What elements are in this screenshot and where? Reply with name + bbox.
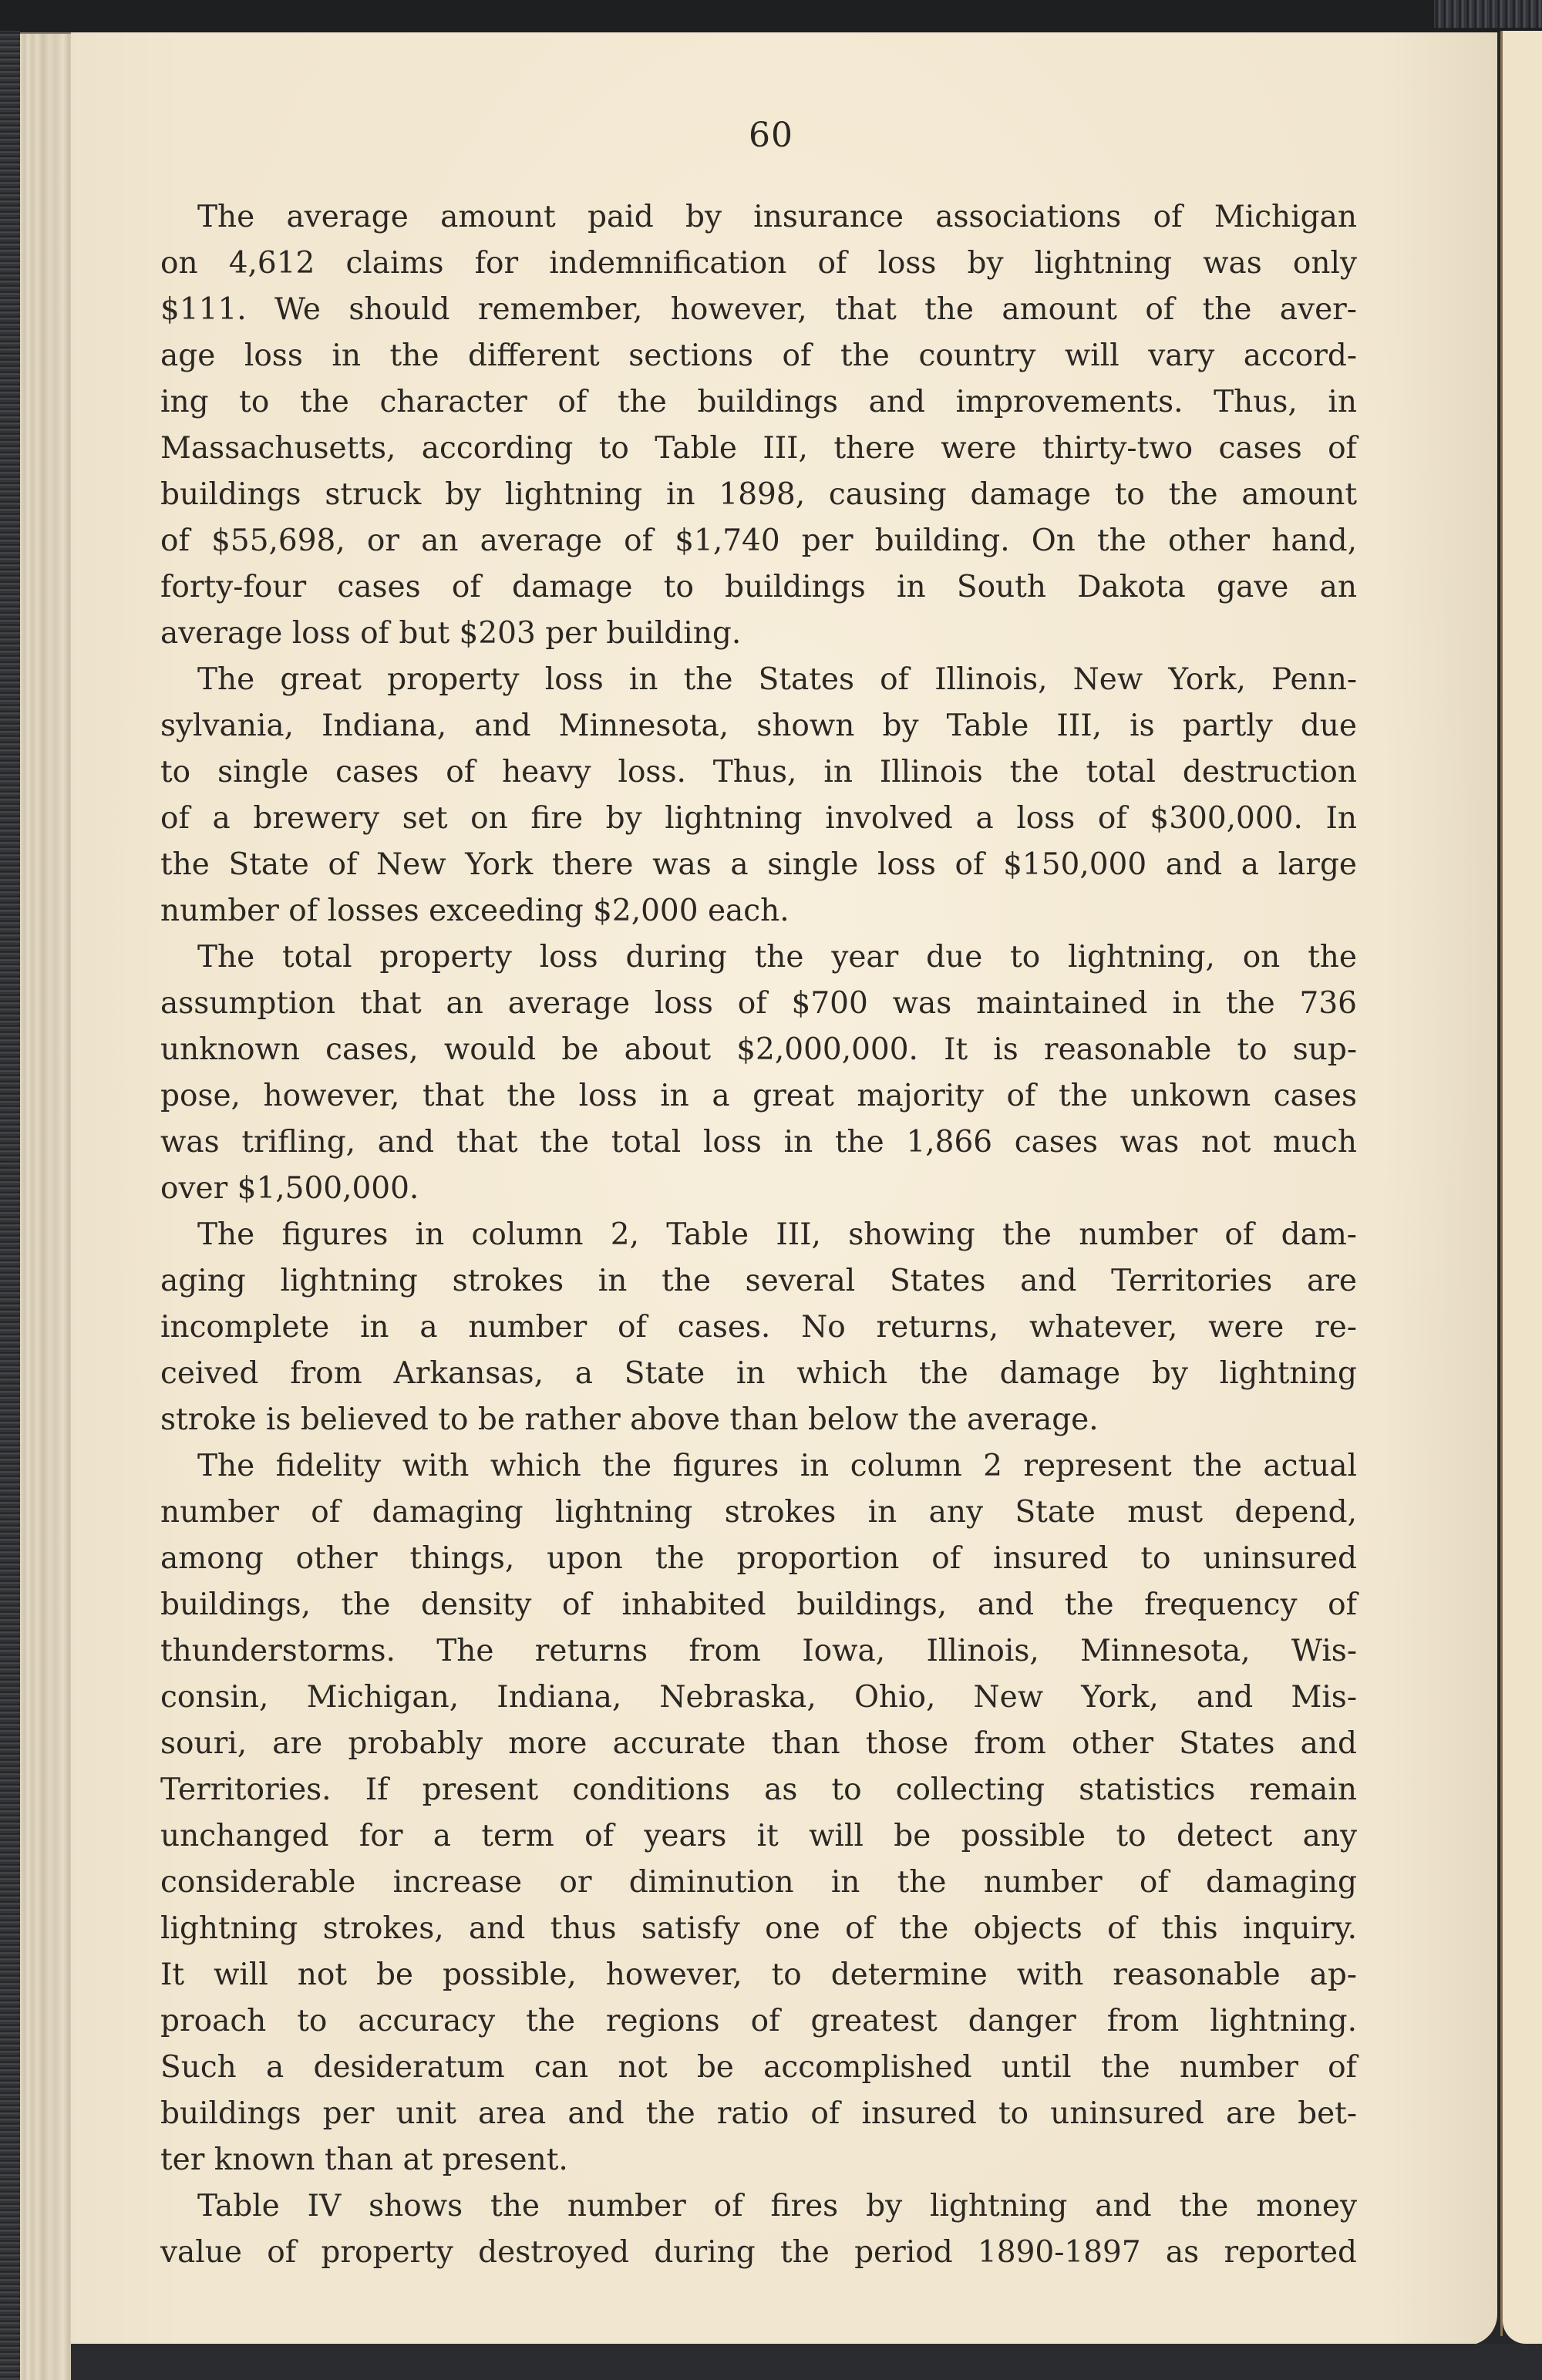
text-line: ing to the character of the buildings an… — [160, 384, 1357, 421]
text-line: value of property destroyed during the p… — [160, 2234, 1357, 2271]
text-line: unchanged for a term of years it will be… — [160, 1818, 1357, 1855]
text-line: Such a desideratum can not be accomplish… — [160, 2049, 1357, 2086]
text-line: ter known than at present. — [160, 2142, 1357, 2179]
text-line: number of damaging lightning strokes in … — [160, 1494, 1357, 1531]
text-line: buildings struck by lightning in 1898, c… — [160, 476, 1357, 513]
text-line: ceived from Arkansas, a State in which t… — [160, 1355, 1357, 1392]
text-line: thunderstorms. The returns from Iowa, Il… — [160, 1633, 1357, 1670]
scanned-book-page: 60 The average amount paid by insurance … — [0, 0, 1542, 2380]
text-line: souri, are probably more accurate than t… — [160, 1725, 1357, 1762]
scan-background-bottom — [71, 2344, 1542, 2380]
text-line: of a brewery set on fire by lightning in… — [160, 800, 1357, 837]
text-line: forty-four cases of damage to buildings … — [160, 569, 1357, 606]
text-line: The total property loss during the year … — [197, 939, 1357, 976]
text-line: The great property loss in the States of… — [197, 661, 1357, 699]
text-line: proach to accuracy the regions of greate… — [160, 2003, 1357, 2040]
text-line: number of losses exceeding $2,000 each. — [160, 893, 1357, 930]
book-cover-edge — [1434, 0, 1542, 28]
text-line: assumption that an average loss of $700 … — [160, 985, 1357, 1022]
text-line: pose, however, that the loss in a great … — [160, 1078, 1357, 1115]
text-line: stroke is believed to be rather above th… — [160, 1402, 1357, 1439]
text-line: $111. We should remember, however, that … — [160, 291, 1357, 328]
text-line: was trifling, and that the total loss in… — [160, 1124, 1357, 1161]
scan-background-top — [0, 0, 1542, 32]
text-line: the State of New York there was a single… — [160, 847, 1357, 884]
text-line: Table IV shows the number of fires by li… — [197, 2188, 1357, 2225]
page-gutter — [1500, 31, 1503, 2336]
text-line: sylvania, Indiana, and Minnesota, shown … — [160, 708, 1357, 745]
text-line: incomplete in a number of cases. No retu… — [160, 1309, 1357, 1346]
text-line: The figures in column 2, Table III, show… — [197, 1217, 1357, 1254]
text-line: unknown cases, would be about $2,000,000… — [160, 1032, 1357, 1069]
text-line: The fidelity with which the figures in c… — [197, 1448, 1357, 1485]
page-stack-edges — [20, 32, 71, 2380]
book-binding — [0, 31, 20, 2380]
text-line: age loss in the different sections of th… — [160, 338, 1357, 375]
text-line: It will not be possible, however, to det… — [160, 1957, 1357, 1994]
text-line: The average amount paid by insurance ass… — [197, 199, 1357, 236]
text-line: buildings, the density of inhabited buil… — [160, 1587, 1357, 1624]
text-line: lightning strokes, and thus satisfy one … — [160, 1910, 1357, 1947]
text-line: of $55,698, or an average of $1,740 per … — [160, 523, 1357, 560]
text-line: considerable increase or diminution in t… — [160, 1864, 1357, 1901]
text-line: buildings per unit area and the ratio of… — [160, 2096, 1357, 2133]
text-line: Massachusetts, according to Table III, t… — [160, 430, 1357, 467]
text-line: among other things, upon the proportion … — [160, 1540, 1357, 1577]
text-line: Territories. If present conditions as to… — [160, 1772, 1357, 1809]
page-number: 60 — [0, 116, 1542, 155]
text-line: average loss of but $203 per building. — [160, 615, 1357, 652]
text-line: to single cases of heavy loss. Thus, in … — [160, 754, 1357, 791]
text-line: over $1,500,000. — [160, 1170, 1357, 1207]
text-line: on 4,612 claims for indemnification of l… — [160, 245, 1357, 282]
text-line: aging lightning strokes in the several S… — [160, 1263, 1357, 1300]
facing-page-edge — [1503, 31, 1542, 2344]
text-line: consin, Michigan, Indiana, Nebraska, Ohi… — [160, 1679, 1357, 1716]
